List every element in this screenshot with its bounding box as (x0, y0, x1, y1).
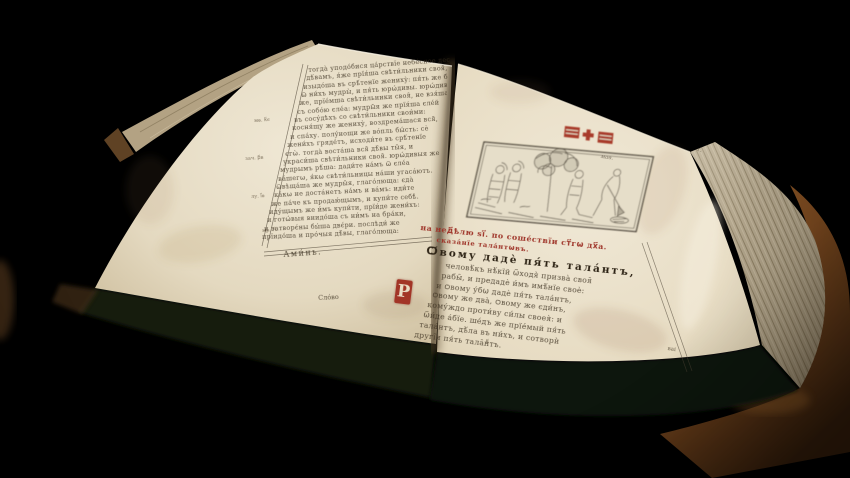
right-page-catchword: ваі (667, 346, 676, 353)
right-page-drop-cap: Р (394, 279, 413, 305)
woodcut-illustration (467, 142, 654, 232)
marginal-note: зач. р҃в (245, 155, 264, 162)
marginal-note: мр. г҃і (262, 227, 277, 234)
marginal-note: мѳ. к҃є (254, 117, 270, 124)
right-page-signature-mark: в҃ (485, 339, 489, 345)
marginal-note: лу. і҃ѳ (251, 193, 265, 200)
left-page-catchword: Сло́во (318, 293, 339, 302)
right-page-folio-number: г. (697, 147, 703, 154)
photo-scene: тогда̀ уподо́бися ца́рствїе небе́сное де… (0, 0, 850, 478)
